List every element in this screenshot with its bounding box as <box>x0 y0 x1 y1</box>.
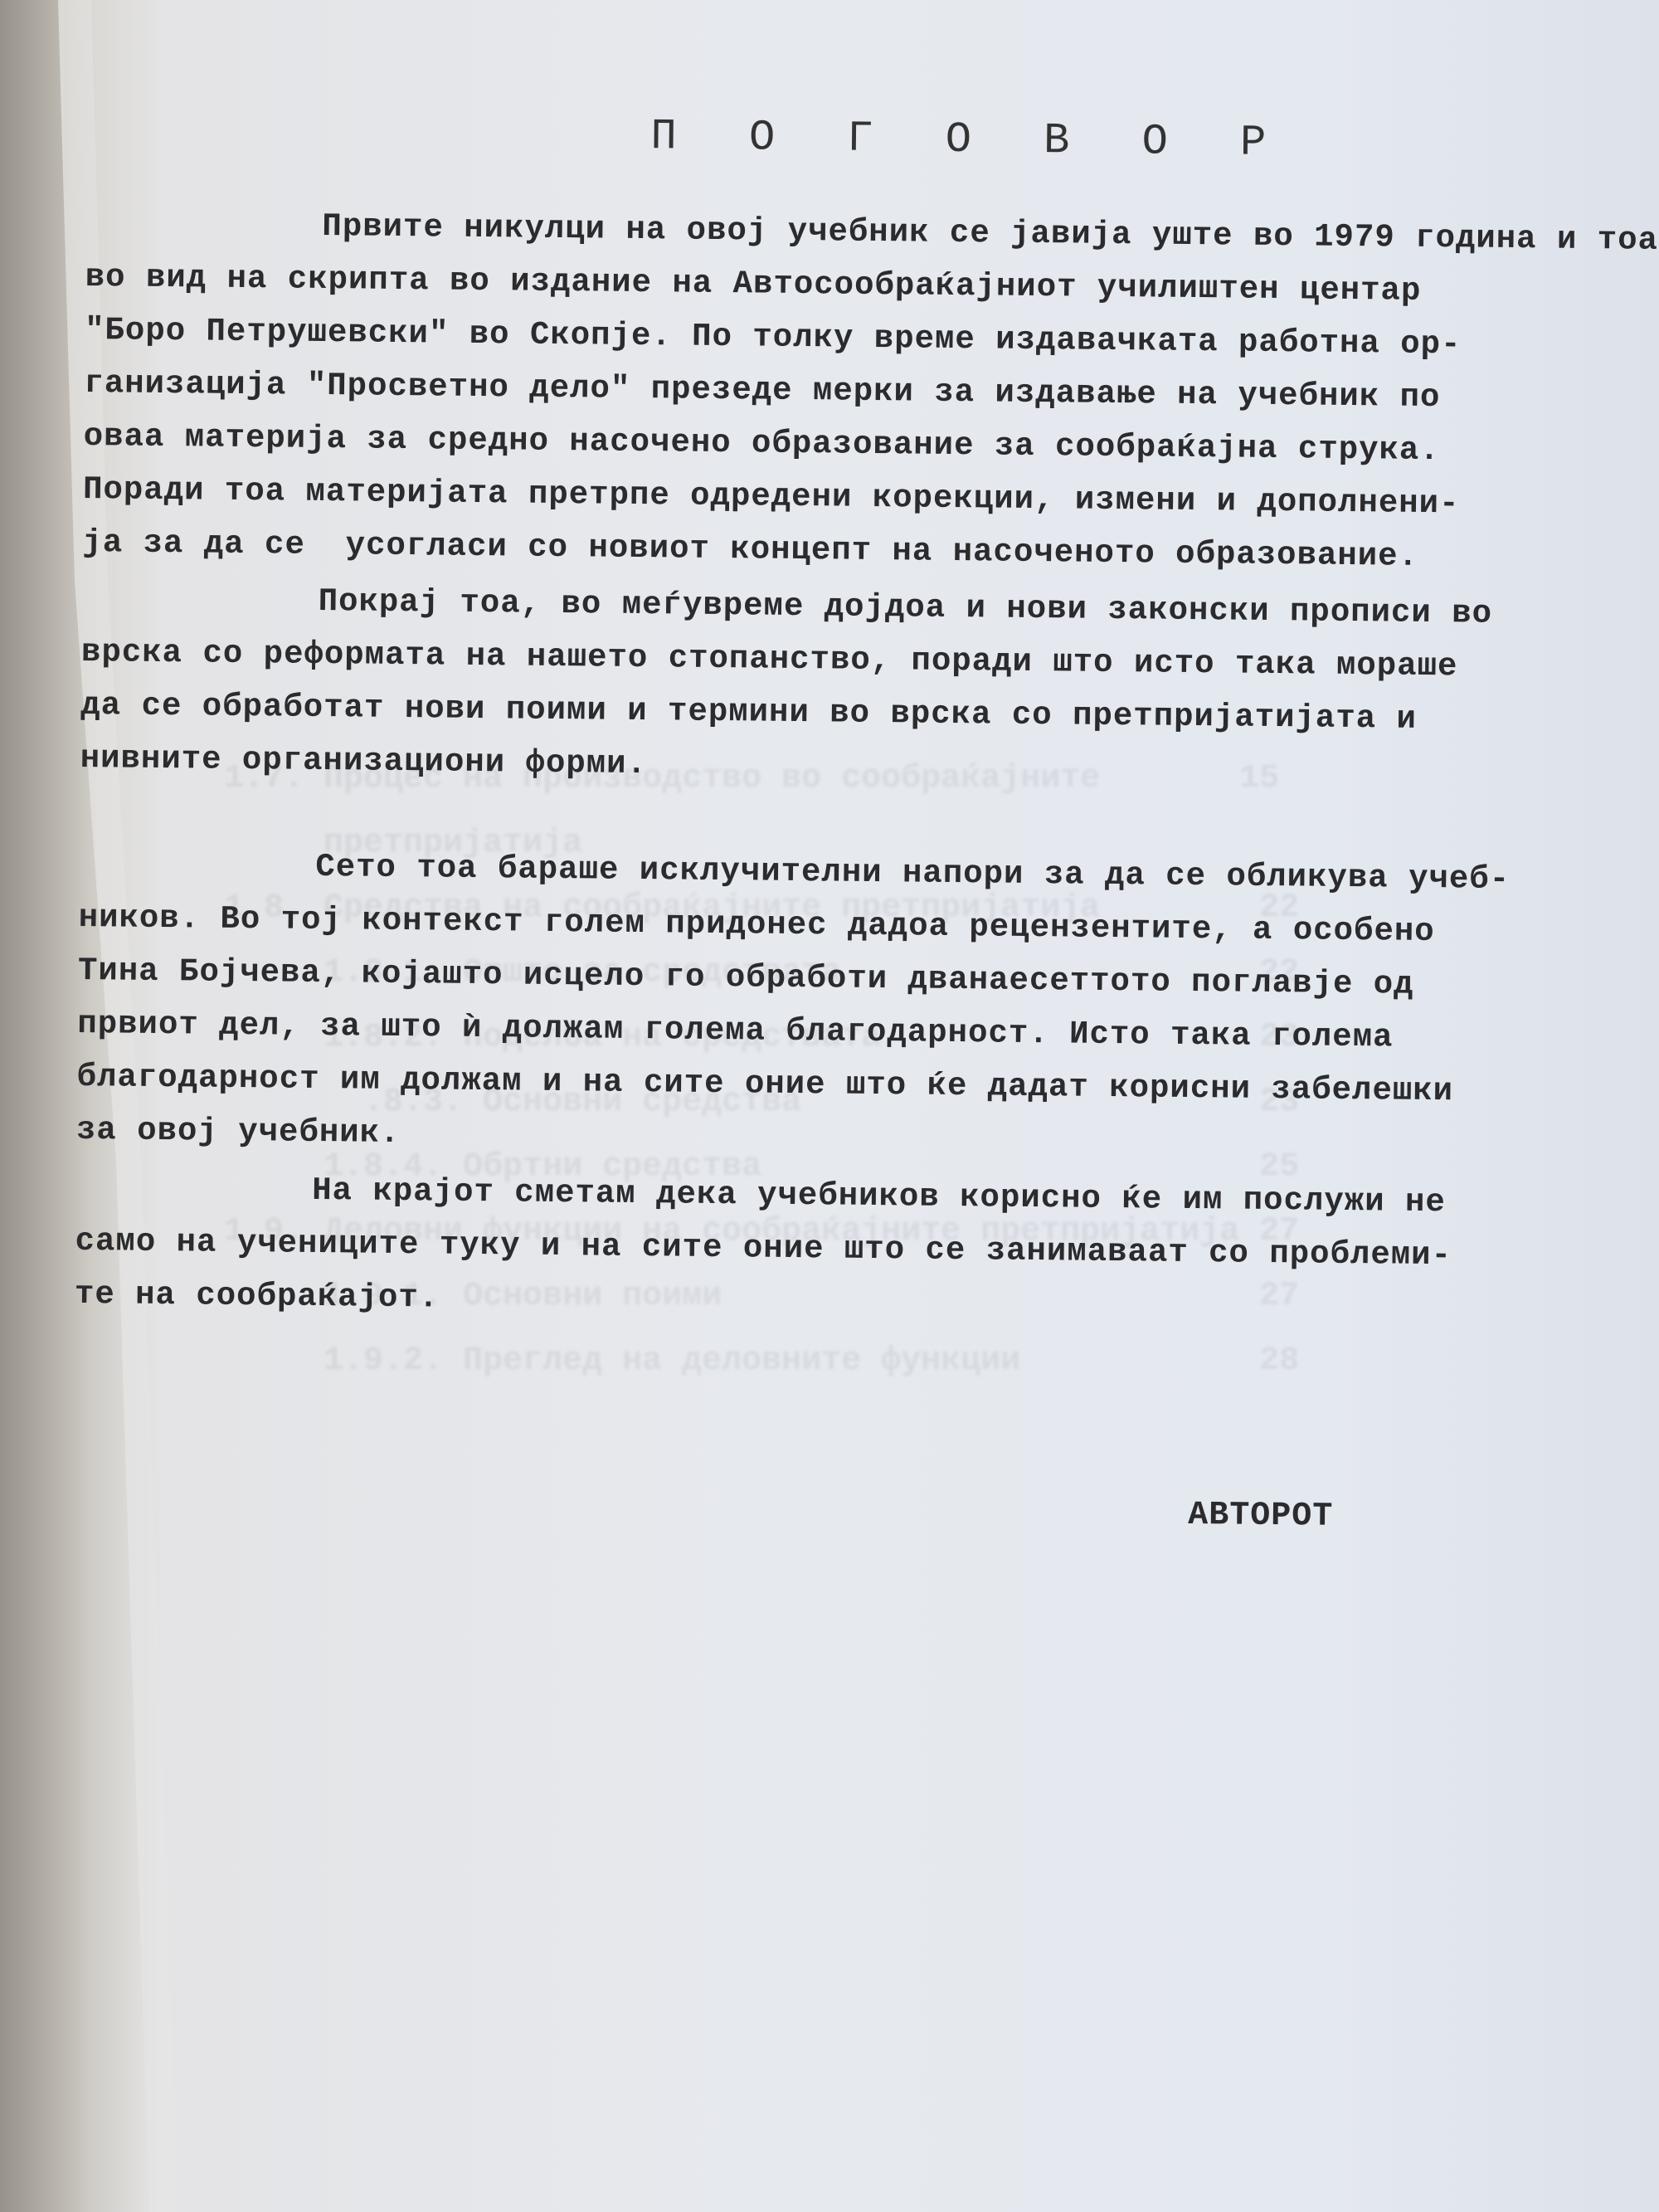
paragraph-1: Првите никулци на овој учебник се јавија… <box>82 197 1646 586</box>
author-signature: АВТОРОТ <box>1188 1497 1333 1536</box>
page-title: П О Г О В О Р <box>650 112 1289 168</box>
paragraph-3: Сето тоа бараше исклучителни напори за д… <box>76 838 1639 1173</box>
document-page: П О Г О В О Р Првите никулци на овој уче… <box>87 100 1647 116</box>
paragraph-4: На крајот сметам дека учебников корисно … <box>75 1162 1636 1337</box>
paragraph-2: Покрај тоа, во меѓувреме дојдоа и нови з… <box>80 572 1642 801</box>
